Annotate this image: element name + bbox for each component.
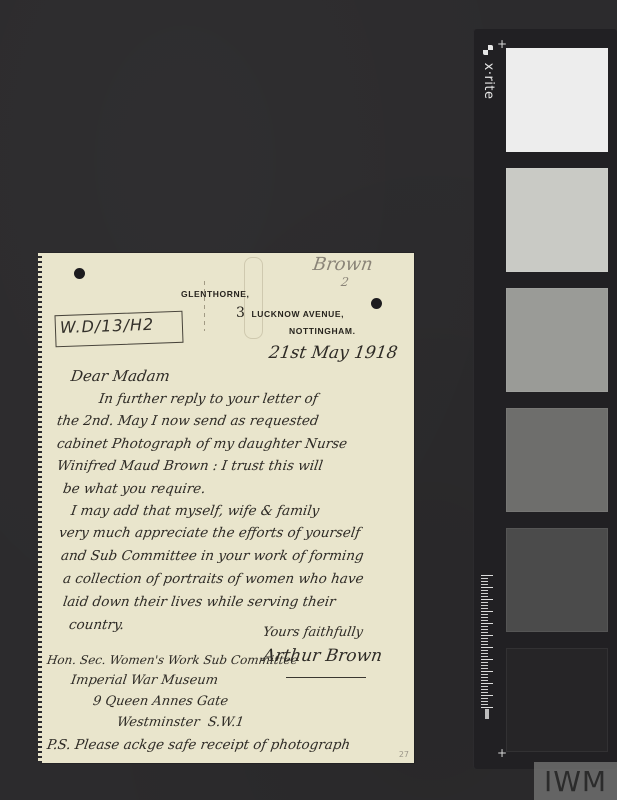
gray-patch-gray	[506, 408, 608, 512]
color-checker-brand: x·rite	[481, 45, 496, 100]
gray-patch-dark	[506, 528, 608, 632]
addressee-line: Imperial War Museum	[70, 673, 219, 688]
gray-patch-black	[506, 648, 608, 752]
letterhead-street-number: 3	[236, 305, 246, 321]
punch-hole-left	[74, 268, 85, 279]
gray-patch-white	[506, 48, 608, 152]
postscript: P.S. Please ackge safe receipt of photog…	[46, 737, 351, 753]
pencil-number-note: 2	[340, 275, 350, 289]
body-line: country.	[68, 617, 125, 633]
ruler-major-ticks	[481, 575, 493, 709]
iwm-watermark: IWM	[534, 762, 617, 800]
addressee-line: 9 Queen Annes Gate	[92, 694, 229, 709]
body-line: cabinet Photograph of my daughter Nurse	[56, 436, 348, 452]
brand-label: x·rite	[481, 63, 496, 100]
letterhead-city: NOTTINGHAM.	[289, 326, 356, 336]
body-line: the 2nd. May I now send as requested	[56, 413, 320, 429]
body-line: laid down their lives while serving thei…	[62, 594, 337, 610]
addressee-line: Westminster S.W.1	[116, 715, 245, 730]
addressee-line: Hon. Sec. Women's Work Sub Committee	[46, 653, 299, 667]
punch-hole-right	[371, 298, 382, 309]
letter-card: Brown 2 W.D/13/H2 GLENTHORNE, 3LUCKNOW A…	[41, 253, 414, 763]
ruler-end-mark	[485, 709, 489, 719]
gray-patch-light	[506, 168, 608, 272]
gray-patch-mid	[506, 288, 608, 392]
color-checker-card: x·rite + +	[473, 29, 617, 769]
body-line: very much appreciate the efforts of your…	[58, 525, 361, 541]
signature-underline	[286, 677, 366, 678]
body-line: and Sub Committee in your work of formin…	[60, 548, 365, 564]
body-line: be what you require.	[62, 481, 207, 497]
letterhead-street: 3LUCKNOW AVENUE,	[236, 305, 344, 321]
body-line: Winifred Maud Brown : I trust this will	[56, 458, 324, 474]
closing: Yours faithfully	[262, 625, 364, 640]
body-line: I may add that myself, wife & family	[70, 503, 320, 519]
salutation: Dear Madam	[70, 367, 171, 385]
body-line: a collection of portraits of women who h…	[62, 571, 365, 587]
letterhead-house: GLENTHORNE,	[181, 289, 249, 299]
body-line: In further reply to your letter of	[98, 391, 319, 407]
pencil-surname-note: Brown	[312, 254, 375, 275]
page-number: 27	[399, 750, 409, 759]
xrite-logo-icon	[483, 45, 493, 55]
reference-number: W.D/13/H2	[60, 315, 155, 337]
letter-date: 21st May 1918	[268, 343, 399, 363]
reference-box: W.D/13/H2	[54, 311, 183, 347]
letterhead-street-name: LUCKNOW AVENUE,	[252, 309, 345, 319]
